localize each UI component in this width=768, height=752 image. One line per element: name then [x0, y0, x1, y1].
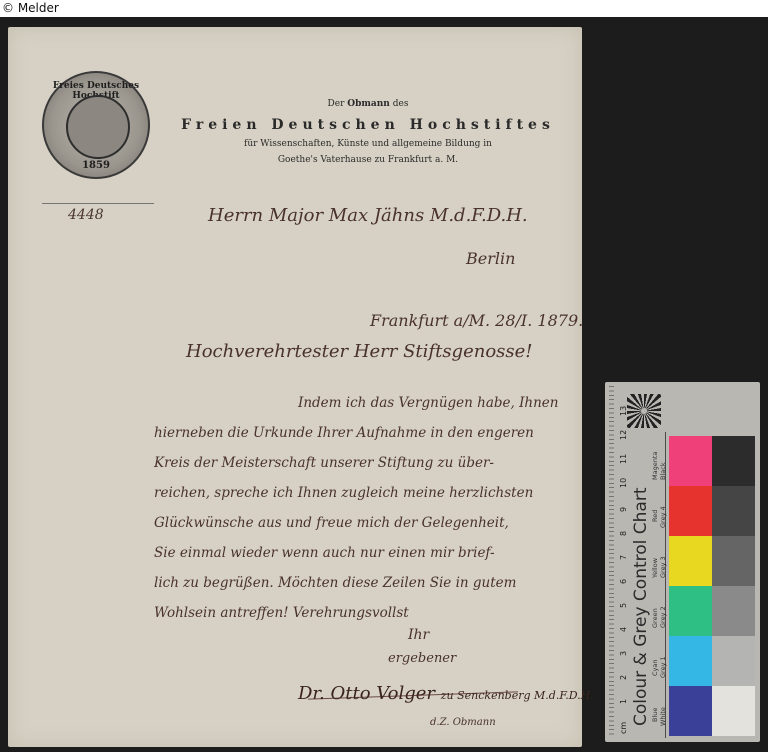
- body-line: Indem ich das Vergnügen habe, Ihnen: [298, 395, 559, 411]
- ruler-tick: 6: [619, 579, 628, 584]
- patch-grey-4: [712, 486, 755, 536]
- seal-trefoil-icon: [66, 95, 130, 159]
- label-yellow: Yellow: [651, 558, 659, 578]
- ruler-tick: 11: [619, 454, 628, 464]
- body-line: reichen, spreche ich Ihnen zugleich mein…: [154, 485, 533, 501]
- seal-year: 1859: [44, 160, 148, 171]
- recipient-name: Herrn Major Max Jähns M.d.F.D.H.: [208, 205, 528, 226]
- reference-number: 4448: [68, 207, 104, 223]
- patch-red: [669, 486, 712, 536]
- label-cyan: Cyan: [651, 660, 659, 677]
- label-grey-3: Grey 3: [659, 556, 667, 578]
- ruler-tick: 2: [619, 675, 628, 680]
- patch-cyan: [669, 636, 712, 686]
- letterhead-institution: Freien Deutschen Hochstiftes: [158, 117, 578, 133]
- ruler-tick: 1: [619, 699, 628, 704]
- ruler-tick: 12: [619, 430, 628, 440]
- salutation: Hochverehrtester Herr Stiftsgenosse!: [186, 341, 533, 362]
- patch-black: [712, 436, 755, 486]
- ruler-tick: 3: [619, 651, 628, 656]
- signature-suffix: zu Senckenberg M.d.F.D.H.: [441, 689, 594, 702]
- patch-grey-2: [712, 586, 755, 636]
- patch-magenta: [669, 436, 712, 486]
- body-line: Glückwünsche aus und freue mich der Gele…: [154, 515, 509, 531]
- ruler-tick: 4: [619, 627, 628, 632]
- letterhead-prefix: Der: [328, 99, 345, 109]
- label-white: White: [659, 707, 667, 726]
- label-blue: Blue: [651, 708, 659, 722]
- label-green: Green: [651, 608, 659, 628]
- letterhead-line-3: für Wissenschaften, Künste und allgemein…: [158, 139, 578, 149]
- closing-ergebener: ergebener: [388, 651, 456, 666]
- body-line: hierneben die Urkunde Ihrer Aufnahme in …: [154, 425, 534, 441]
- recipient-city: Berlin: [466, 249, 515, 268]
- patch-white: [712, 686, 755, 736]
- patch-blue: [669, 686, 712, 736]
- chart-title: Colour & Grey Control Chart: [631, 406, 651, 726]
- body-line: Wohlsein antreffen! Verehrungsvollst: [154, 605, 409, 621]
- body-line: Sie einmal wieder wenn auch nur einen mi…: [154, 545, 495, 561]
- ruler-tick: 7: [619, 555, 628, 560]
- seal-divider: [42, 203, 154, 204]
- copyright-credit: © Melder: [2, 1, 59, 15]
- body-line: lich zu begrüßen. Möchten diese Zeilen S…: [154, 575, 516, 591]
- hochstift-seal-icon: Freies Deutsches Hochstift 1859: [42, 71, 150, 179]
- signature-name: Dr. Otto Volger: [298, 683, 435, 704]
- label-black: Black: [659, 462, 667, 480]
- patch-green: [669, 586, 712, 636]
- ruler-tick: 5: [619, 603, 628, 608]
- label-magenta: Magenta: [651, 452, 659, 480]
- letterhead-suffix: des: [393, 99, 409, 109]
- signature: Dr. Otto Volger zu Senckenberg M.d.F.D.H…: [298, 683, 594, 704]
- body-line: Kreis der Meisterschaft unserer Stiftung…: [154, 455, 494, 471]
- letter-sheet: Freies Deutsches Hochstift 1859 4448 Der…: [8, 27, 582, 747]
- ruler-tick: 8: [619, 531, 628, 536]
- ruler-tick: 10: [619, 478, 628, 488]
- letterhead-line-4: Goethe's Vaterhause zu Frankfurt a. M.: [158, 155, 578, 165]
- letter-date: Frankfurt a/M. 28/I. 1879.: [370, 311, 583, 330]
- ruler-tick: 9: [619, 507, 628, 512]
- letterhead-title: Obmann: [347, 99, 390, 109]
- closing-ihr: Ihr: [408, 627, 429, 643]
- patch-grey-3: [712, 536, 755, 586]
- patch-grey-1: [712, 636, 755, 686]
- label-grey-1: Grey 1: [659, 656, 667, 678]
- label-grey-4: Grey 4: [659, 506, 667, 528]
- colour-control-chart: cm 1 2 3 4 5 6 7 8 9 10 11 12 13 Colour …: [605, 382, 760, 742]
- label-grey-2: Grey 2: [659, 606, 667, 628]
- label-red: Red: [651, 510, 659, 522]
- signature-title: d.Z. Obmann: [430, 717, 496, 728]
- ruler-unit: cm: [619, 722, 628, 734]
- patch-yellow: [669, 536, 712, 586]
- letterhead-line-1: Der Obmann des: [158, 99, 578, 109]
